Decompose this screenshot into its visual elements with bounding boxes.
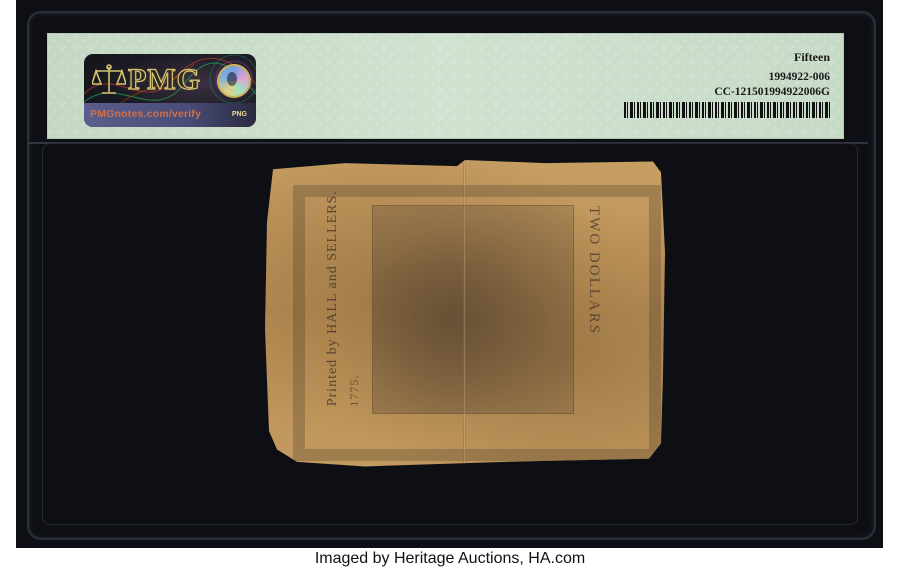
pmg-brand-text: PMG	[128, 65, 201, 95]
hologram-seal-icon	[217, 64, 251, 98]
banknote: Printed by HALL and SELLERS. 1775. TWO D…	[265, 160, 665, 468]
note-paper: Printed by HALL and SELLERS. 1775. TWO D…	[265, 160, 665, 468]
pmg-logo: PMG	[92, 61, 201, 99]
note-fold-line	[463, 160, 466, 468]
cert-number: 1994922-006	[769, 71, 830, 83]
verify-url: PMGnotes.com/verify	[90, 108, 201, 120]
cc-number: CC-121501994922006G	[714, 86, 830, 98]
pmg-hologram-badge: PMG PMGnotes.com/verify PNG	[84, 54, 256, 127]
note-denomination-text: TWO DOLLARS	[585, 206, 602, 409]
barcode	[624, 102, 830, 118]
grade-text: Fifteen	[794, 50, 830, 65]
note-year-text: 1775.	[347, 228, 362, 407]
note-photo: PMG PMGnotes.com/verify PNG Fifteen 1994…	[16, 0, 883, 548]
scales-of-justice-icon	[92, 64, 126, 96]
note-center-vignette	[373, 206, 573, 412]
note-printer-text: Printed by HALL and SELLERS.	[325, 203, 341, 406]
grading-label: PMG PMGnotes.com/verify PNG Fifteen 1994…	[47, 33, 844, 139]
png-tag: PNG	[232, 111, 247, 118]
image-credit-caption: Imaged by Heritage Auctions, HA.com	[0, 548, 900, 569]
